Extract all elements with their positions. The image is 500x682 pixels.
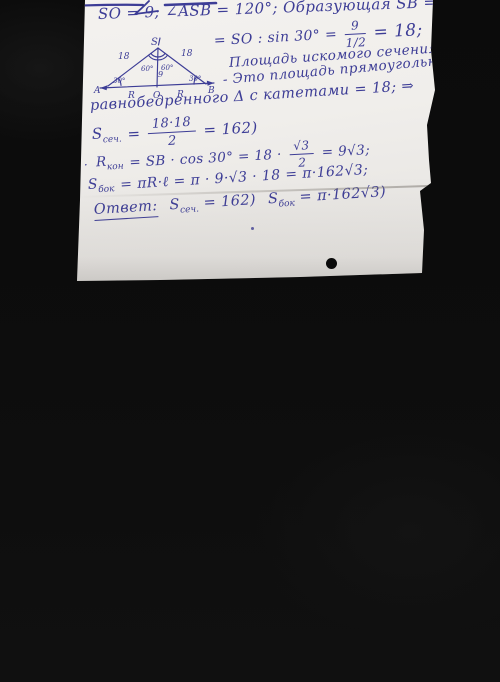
paper-bottom-shadow [0,0,442,285]
scanned-page-background: SO = 9; ∠ASB = 120°; Образующая SB = = S… [0,0,500,682]
paper-sheet: SO = 9; ∠ASB = 120°; Образующая SB = = S… [0,0,442,285]
hole-punch-dot [326,258,337,269]
